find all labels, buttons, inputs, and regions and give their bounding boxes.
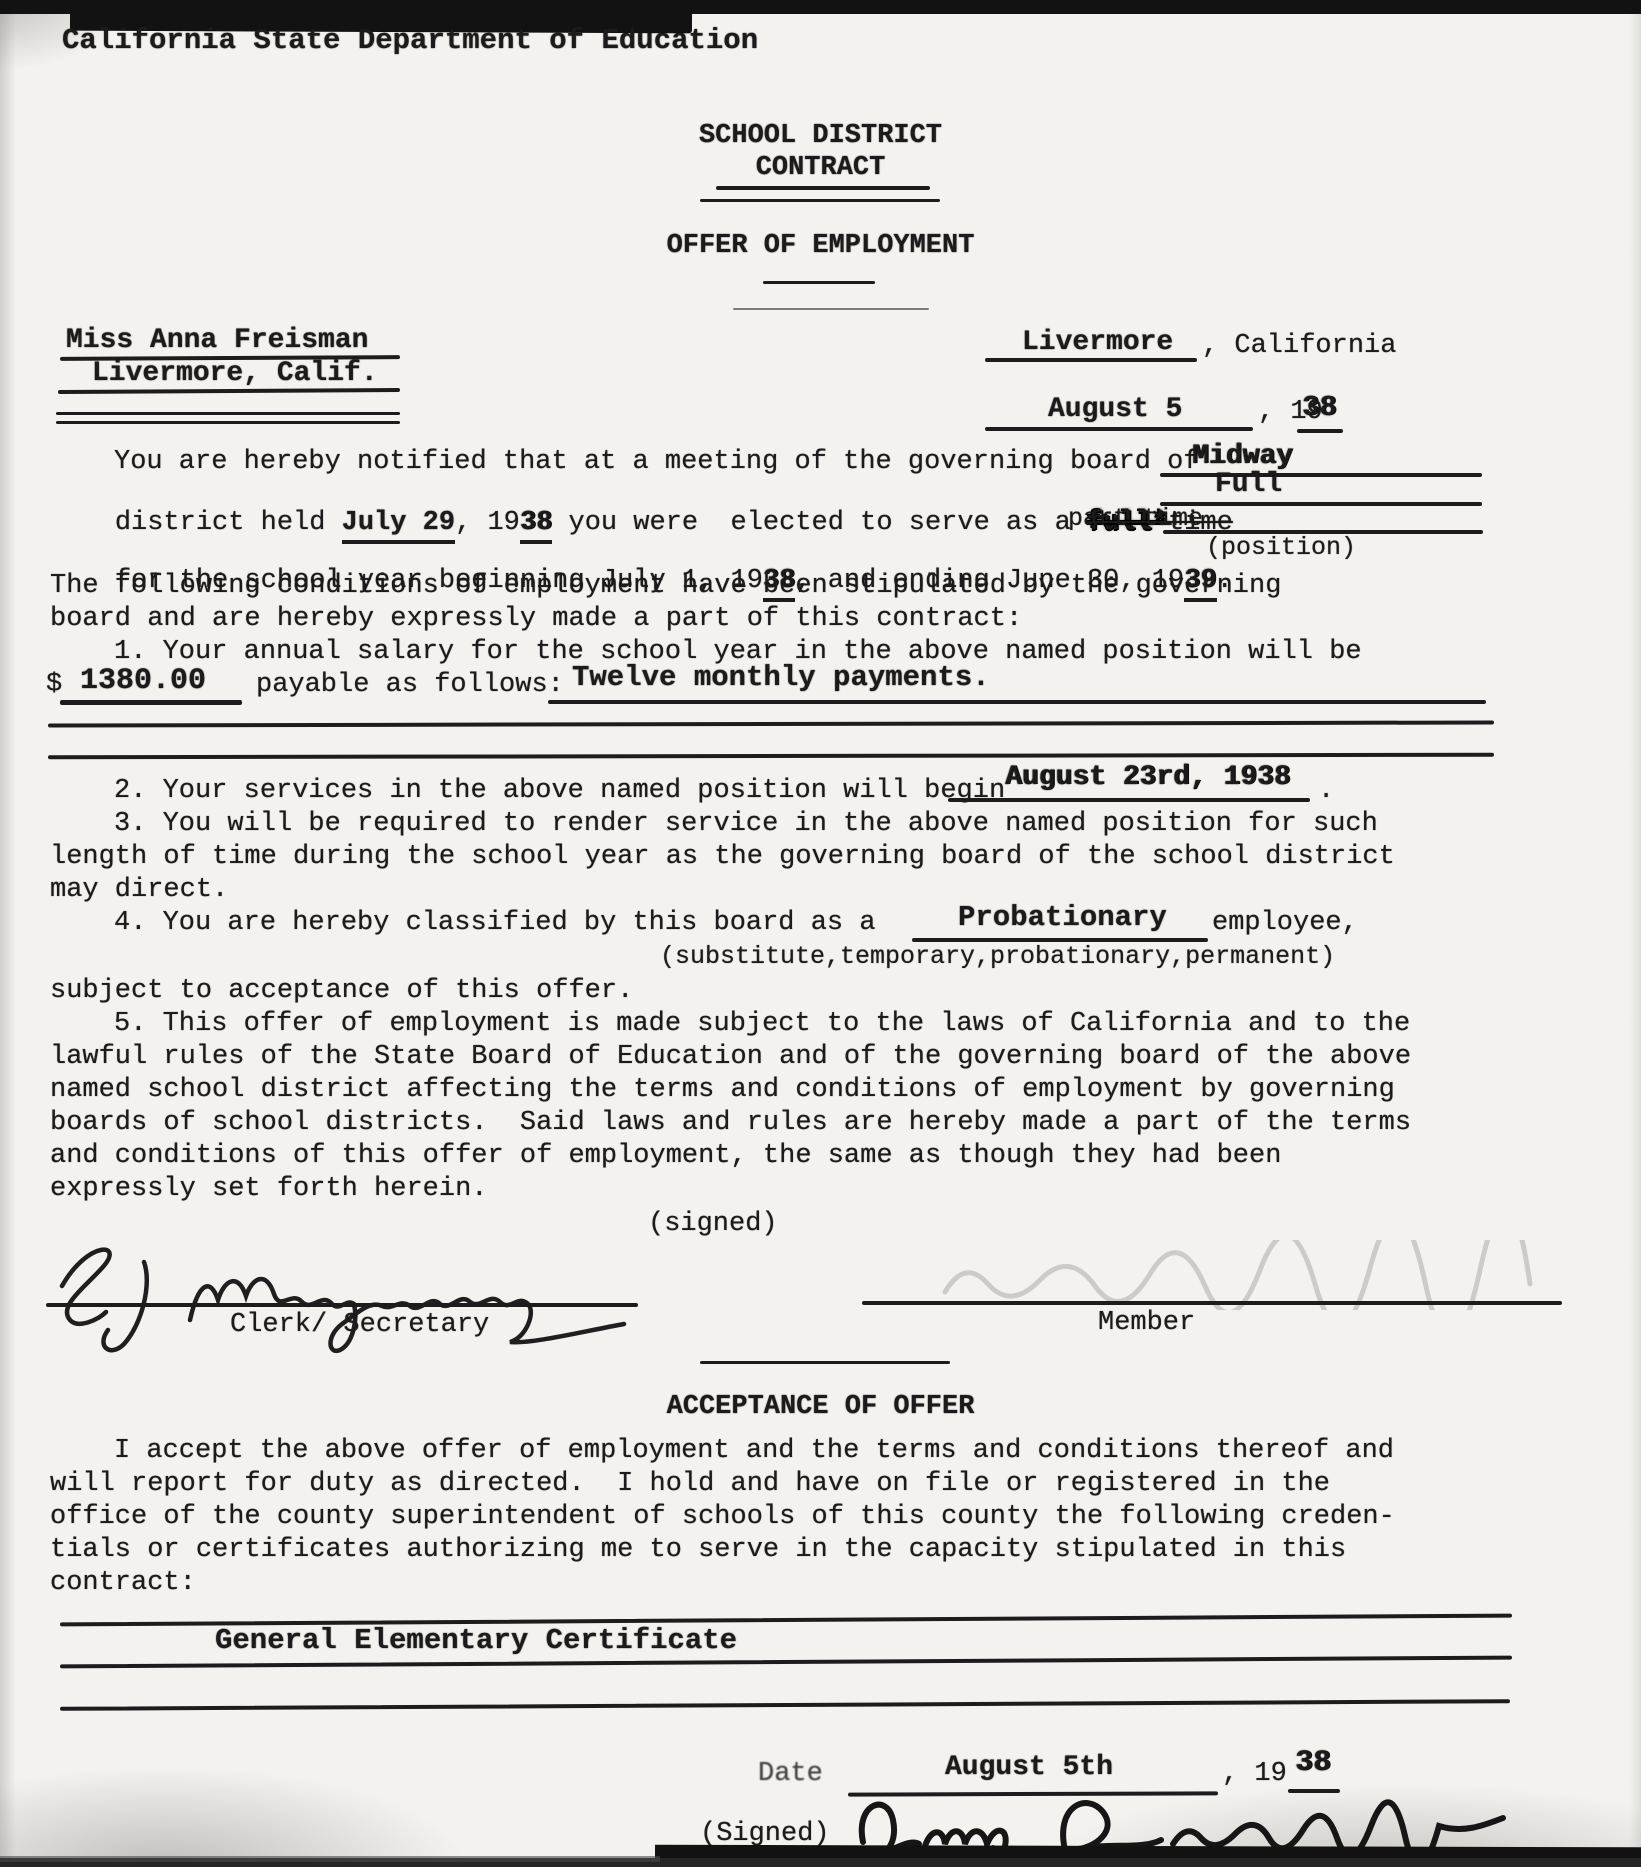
blank-rule-2 [48, 753, 1494, 760]
position-underline [1160, 502, 1482, 506]
part-time-label: part time [1068, 506, 1203, 532]
credential-rule-mid [60, 1656, 1512, 1669]
district-underline [1160, 473, 1482, 477]
offer-subtitle: OFFER OF EMPLOYMENT [0, 232, 1641, 260]
stray-line [733, 308, 929, 310]
addressee-city: Livermore, Calif. [92, 359, 378, 388]
acceptance-heading: ACCEPTANCE OF OFFER [0, 1393, 1641, 1421]
clerk-signature [40, 1228, 660, 1363]
line2-post: you were elected to serve as a [552, 508, 1087, 538]
item5-line2: lawful rules of the State Board of Educa… [50, 1043, 1411, 1071]
signed-label: (signed) [648, 1210, 778, 1238]
member-signature-line [862, 1301, 1562, 1305]
salary-amount: 1380.00 [80, 666, 206, 698]
blank-rule-1 [48, 720, 1494, 727]
item5-line1: 5. This offer of employment is made subj… [114, 1010, 1410, 1038]
footer-year: 38 [1295, 1748, 1331, 1780]
addressee-blank-line-1 [56, 412, 400, 415]
item5-line5: and conditions of this offer of employme… [50, 1142, 1281, 1170]
notice-line-1: You are hereby notified that at a meetin… [114, 448, 1200, 476]
addressee-city-underline [58, 388, 400, 394]
doc-title-line2: CONTRACT [0, 154, 1641, 182]
item5-line4: boards of school districts. Said laws an… [50, 1109, 1411, 1137]
dateline-year-underline [1297, 429, 1343, 433]
fill-district-name: Midway [1192, 442, 1293, 471]
acceptance-line4: tials or certificates authorizing me to … [50, 1536, 1346, 1564]
line2-pre: district held [115, 508, 342, 538]
clerk-label: Clerk/ Secretary [230, 1311, 489, 1339]
payment-terms-underline [548, 700, 1486, 704]
fill-begin-date: August 23rd, 1938 [1005, 763, 1291, 792]
addressee-name: Miss Anna Freisman [66, 326, 368, 355]
acceptance-divider [700, 1361, 950, 1364]
item5-line6: expressly set forth herein. [50, 1175, 487, 1203]
acceptance-line2: will report for duty as directed. I hold… [50, 1470, 1330, 1498]
item3-line2: length of time during the school year as… [50, 843, 1395, 871]
fill-position: Full [1215, 470, 1282, 499]
scanned-contract-page: California State Department of Education… [0, 0, 1641, 1867]
dateline-year: 38 [1302, 393, 1337, 423]
item4-line2: subject to acceptance of this offer. [50, 977, 633, 1005]
item2-line: 2. Your services in the above named posi… [114, 777, 1005, 805]
fill-payment-terms: Twelve monthly payments. [572, 663, 990, 693]
begin-date-underline [948, 798, 1310, 802]
item5-line3: named school district affecting the term… [50, 1076, 1395, 1104]
addressee-blank-line-2 [56, 421, 400, 424]
dateline-date: August 5 [1048, 395, 1182, 424]
item4-line1: 4. You are hereby classified by this boa… [114, 909, 876, 937]
classification-options: (substitute,temporary,probationary,perma… [660, 944, 1335, 970]
clerk-signature-line [46, 1303, 638, 1307]
notice-line-4: The following conditions of employment h… [50, 572, 1281, 600]
dateline-state: , California [1202, 332, 1396, 360]
subtitle-underline [763, 281, 875, 284]
dateline-date-underline [985, 427, 1253, 431]
dateline-place-underline [985, 358, 1197, 362]
credential-rule-bottom [60, 1699, 1510, 1711]
title-underline-2 [700, 199, 940, 202]
dollar-sign: $ [46, 671, 62, 699]
item3-line1: 3. You will be required to render servic… [114, 810, 1378, 838]
item3-line3: may direct. [50, 876, 228, 904]
line2-mid: , 19 [455, 508, 520, 538]
notice-line-5: board and are hereby expressly made a pa… [50, 605, 1022, 633]
acceptance-line1: I accept the above offer of employment a… [114, 1437, 1394, 1465]
acceptance-line3: office of the county superintendent of s… [50, 1503, 1395, 1531]
item2-period: . [1318, 777, 1334, 805]
date-label: Date [758, 1760, 823, 1788]
title-underline-1 [716, 186, 930, 190]
credential-fill: General Elementary Certificate [215, 1626, 737, 1656]
item1-mid: payable as follows: [256, 671, 564, 699]
acceptance-line5: contract: [50, 1569, 196, 1597]
department-name: California State Department of Education [62, 26, 758, 56]
fill-classification: Probationary [958, 903, 1167, 933]
member-label: Member [1098, 1309, 1195, 1337]
dateline-place: Livermore [1022, 328, 1173, 357]
scan-bottom-edge-left [0, 1856, 660, 1862]
salary-amount-underline [60, 700, 242, 705]
item4-post: employee, [1212, 909, 1358, 937]
doc-title-line1: SCHOOL DISTRICT [0, 122, 1641, 150]
member-signature [930, 1240, 1560, 1310]
